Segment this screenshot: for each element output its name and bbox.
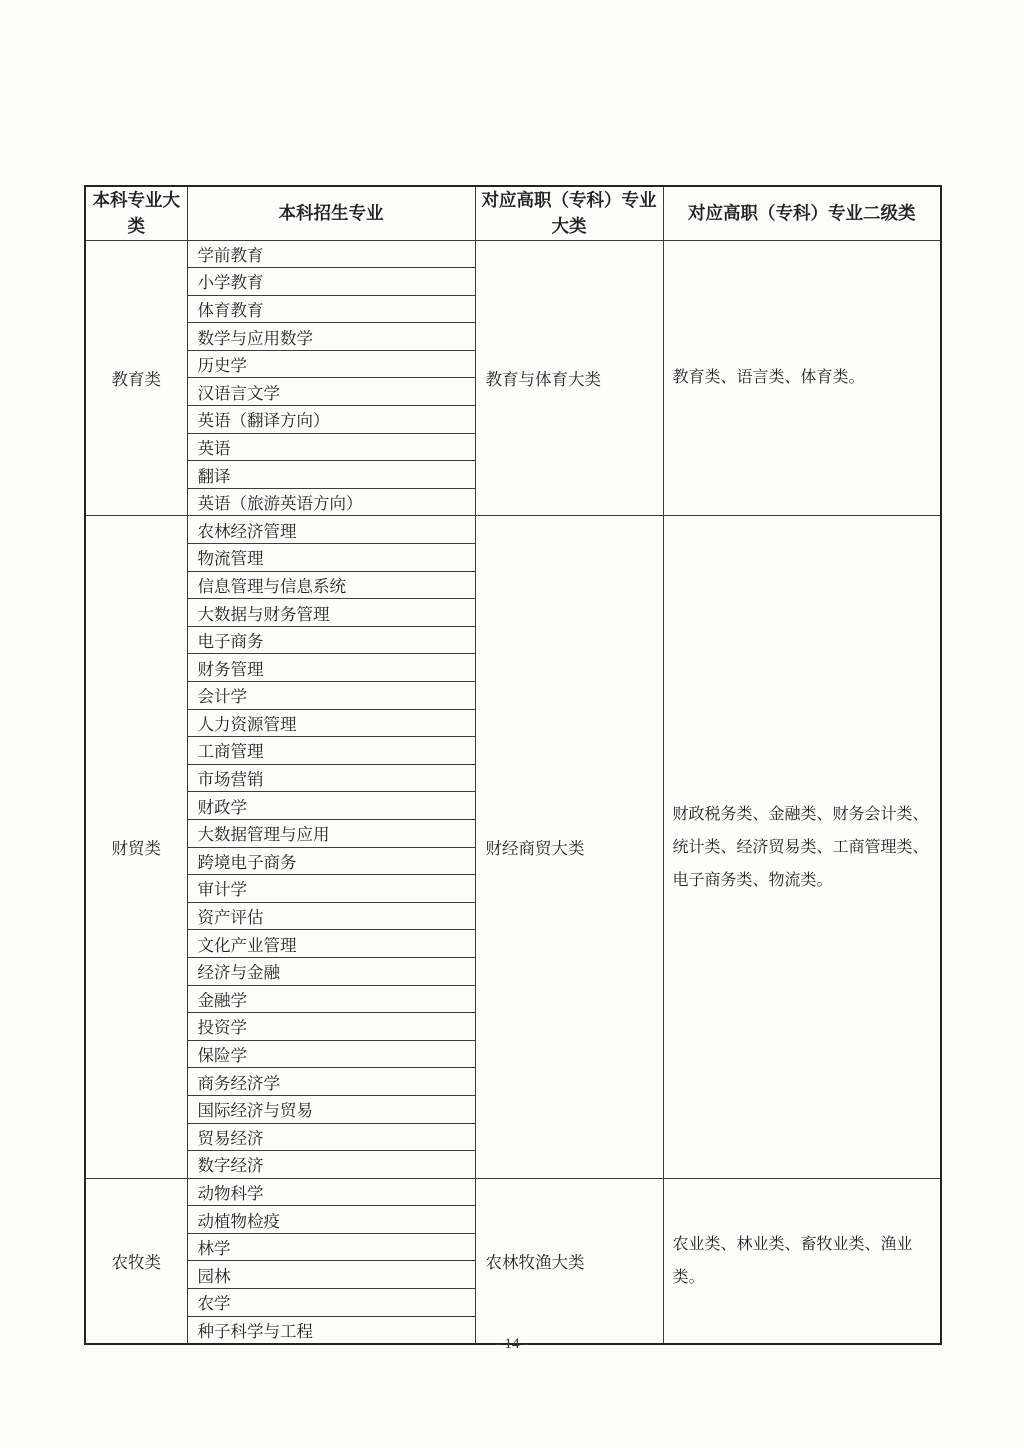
major-cell: 市场营销 xyxy=(187,764,475,792)
major-cell: 会计学 xyxy=(187,682,475,710)
vocational-category-cell: 农林牧渔大类 xyxy=(475,1178,663,1344)
major-cell: 英语（旅游英语方向） xyxy=(187,488,475,516)
major-cell: 大数据与财务管理 xyxy=(187,599,475,627)
vocational-category-cell: 财经商贸大类 xyxy=(475,516,663,1178)
table-row: 财贸类农林经济管理财经商贸大类财政税务类、金融类、财务会计类、统计类、经济贸易类… xyxy=(85,516,941,544)
category-cell: 农牧类 xyxy=(85,1178,187,1344)
major-cell: 电子商务 xyxy=(187,626,475,654)
major-cell: 工商管理 xyxy=(187,737,475,765)
major-cell: 林学 xyxy=(187,1233,475,1261)
table-body: 教育类学前教育教育与体育大类教育类、语言类、体育类。小学教育体育教育数学与应用数… xyxy=(85,240,941,1344)
major-cell: 农林经济管理 xyxy=(187,516,475,544)
major-cell: 财政学 xyxy=(187,792,475,820)
vocational-subcategories-cell: 财政税务类、金融类、财务会计类、统计类、经济贸易类、工商管理类、电子商务类、物流… xyxy=(663,516,941,1178)
category-cell: 教育类 xyxy=(85,240,187,516)
major-cell: 动植物检疫 xyxy=(187,1206,475,1234)
vocational-subcategories-cell: 农业类、林业类、畜牧业类、渔业类。 xyxy=(663,1178,941,1344)
major-cell: 商务经济学 xyxy=(187,1068,475,1096)
major-cell: 翻译 xyxy=(187,461,475,489)
major-cell: 金融学 xyxy=(187,985,475,1013)
major-cell: 国际经济与贸易 xyxy=(187,1095,475,1123)
major-cell: 农学 xyxy=(187,1289,475,1317)
major-cell: 物流管理 xyxy=(187,544,475,572)
major-cell: 园林 xyxy=(187,1261,475,1289)
major-mapping-table: 本科专业大类 本科招生专业 对应高职（专科）专业大类 对应高职（专科）专业二级类… xyxy=(84,185,942,1345)
major-cell: 经济与金融 xyxy=(187,957,475,985)
major-cell: 英语 xyxy=(187,433,475,461)
major-cell: 小学教育 xyxy=(187,268,475,296)
major-cell: 历史学 xyxy=(187,350,475,378)
major-cell: 英语（翻译方向） xyxy=(187,406,475,434)
major-cell: 贸易经济 xyxy=(187,1123,475,1151)
table-row: 教育类学前教育教育与体育大类教育类、语言类、体育类。 xyxy=(85,240,941,268)
major-cell: 动物科学 xyxy=(187,1178,475,1206)
major-cell: 审计学 xyxy=(187,875,475,903)
table-header: 本科专业大类 本科招生专业 对应高职（专科）专业大类 对应高职（专科）专业二级类 xyxy=(85,186,941,240)
vocational-category-cell: 教育与体育大类 xyxy=(475,240,663,516)
major-cell: 投资学 xyxy=(187,1013,475,1041)
page-number: - 14 - xyxy=(0,1336,1024,1353)
major-cell: 体育教育 xyxy=(187,295,475,323)
category-cell: 财贸类 xyxy=(85,516,187,1178)
major-cell: 保险学 xyxy=(187,1040,475,1068)
major-cell: 汉语言文学 xyxy=(187,378,475,406)
vocational-subcategories-cell: 教育类、语言类、体育类。 xyxy=(663,240,941,516)
header-undergrad-category: 本科专业大类 xyxy=(85,186,187,240)
major-cell: 数字经济 xyxy=(187,1151,475,1179)
major-cell: 数学与应用数学 xyxy=(187,323,475,351)
major-cell: 跨境电子商务 xyxy=(187,847,475,875)
major-cell: 大数据管理与应用 xyxy=(187,819,475,847)
major-cell: 人力资源管理 xyxy=(187,709,475,737)
header-vocational-category: 对应高职（专科）专业大类 xyxy=(475,186,663,240)
major-cell: 信息管理与信息系统 xyxy=(187,571,475,599)
table-row: 农牧类动物科学农林牧渔大类农业类、林业类、畜牧业类、渔业类。 xyxy=(85,1178,941,1206)
header-undergrad-majors: 本科招生专业 xyxy=(187,186,475,240)
major-cell: 文化产业管理 xyxy=(187,930,475,958)
major-cell: 资产评估 xyxy=(187,902,475,930)
header-row: 本科专业大类 本科招生专业 对应高职（专科）专业大类 对应高职（专科）专业二级类 xyxy=(85,186,941,240)
header-vocational-subcategories: 对应高职（专科）专业二级类 xyxy=(663,186,941,240)
major-cell: 财务管理 xyxy=(187,654,475,682)
major-cell: 学前教育 xyxy=(187,240,475,268)
